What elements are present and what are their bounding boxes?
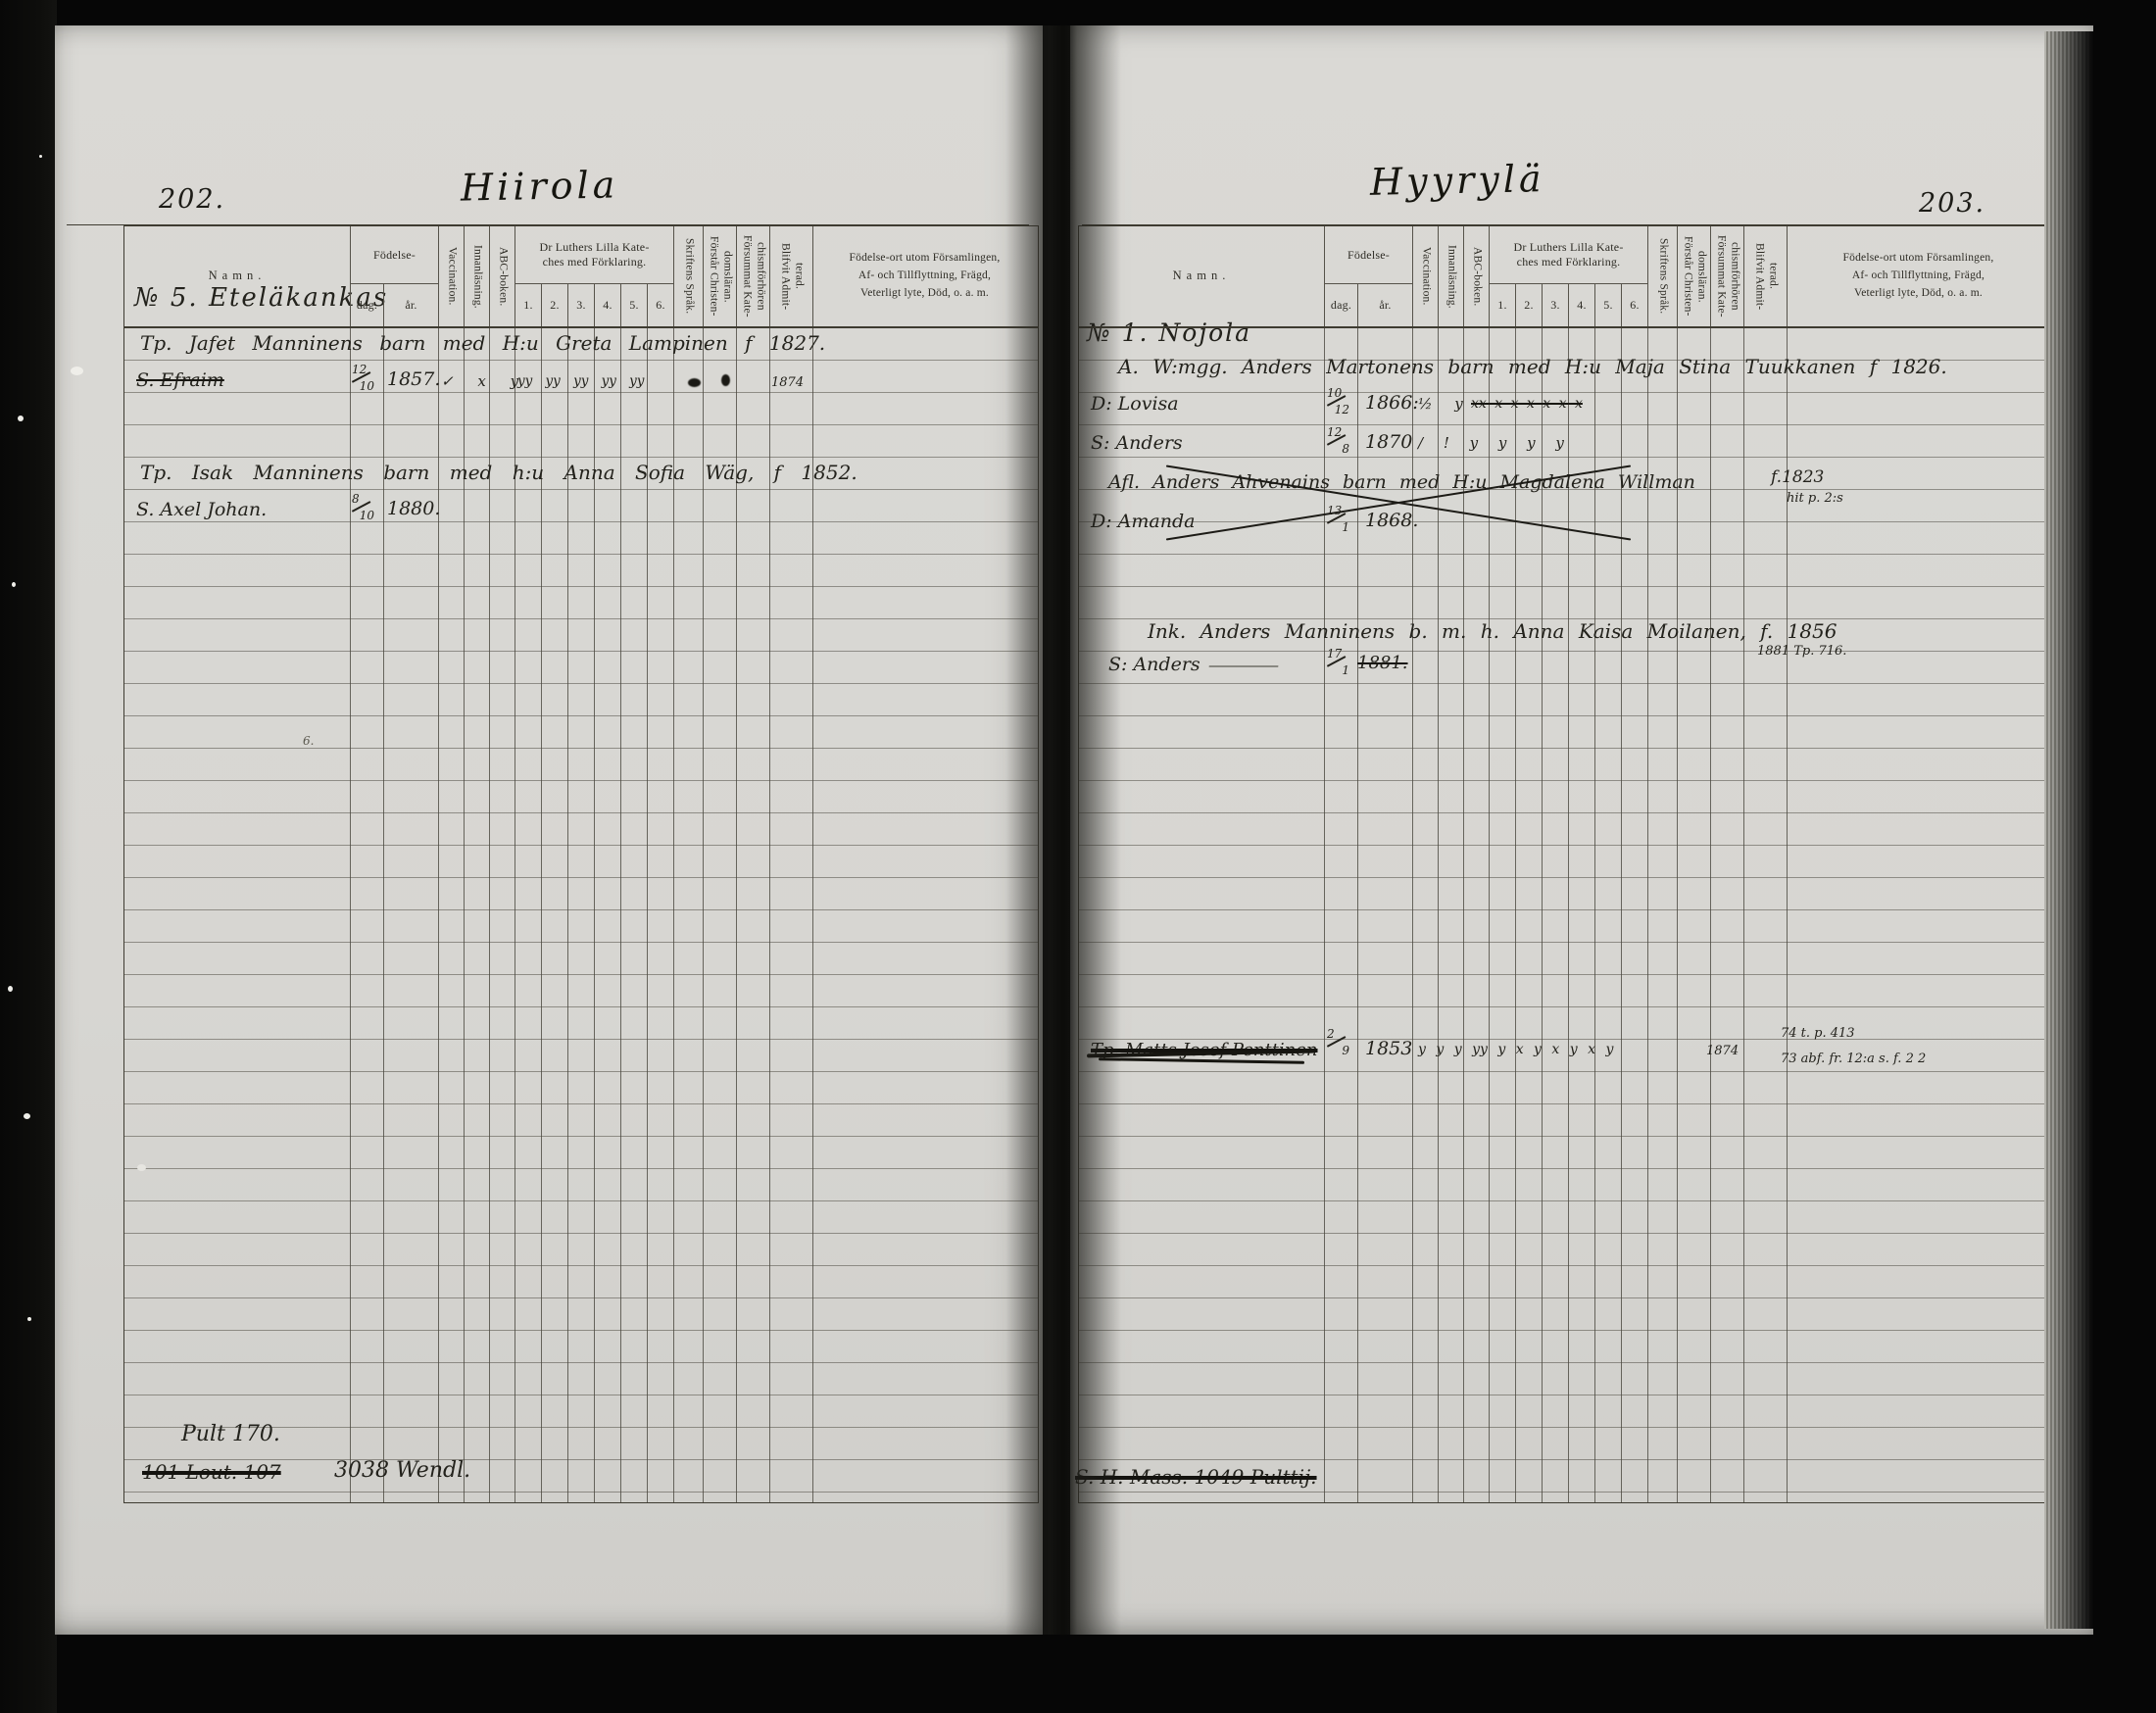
book-left-edge <box>0 0 57 1713</box>
day-numerator: 10 <box>1327 386 1342 400</box>
exam-marks: ✓ x y <box>441 372 528 390</box>
margin-note: 1881 Tp. 716. <box>1757 644 1846 659</box>
col-subheader-k2: 2. <box>541 283 567 326</box>
col-header-forsummat-katechismforhoren: Försummat Kate- chismförhören <box>736 226 769 326</box>
footer-note: Pult 170. <box>181 1422 280 1446</box>
column-rule <box>594 328 620 1502</box>
col-header-namn: Namn. <box>124 226 350 326</box>
exam-marks: yy yy yy yy yy <box>517 373 644 389</box>
child-name: S: Anders <box>1091 432 1183 454</box>
column-rule <box>489 328 514 1502</box>
margin-note: 73 abf. fr. 12:a s. f. 2 2 <box>1781 1052 1926 1066</box>
table-header: Namn. Födelse- dag. år. Vaccination. Inn… <box>124 226 1038 328</box>
col-header-skriftens-sprak: Skriftens Språk. <box>673 226 703 326</box>
family-entry-line: Ink. Anders Manninens b. m. h. Anna Kais… <box>1148 619 1837 643</box>
birth-day: 1012 <box>1328 389 1346 413</box>
col-subheader-k4: 4. <box>1568 283 1594 326</box>
born-note: f.1823 <box>1771 467 1824 487</box>
col-subheader-ar: år. <box>383 283 438 326</box>
page-title: Hiirola <box>461 163 619 209</box>
margin-note: 74 t. p. 413 <box>1781 1026 1855 1041</box>
col-subheader-k3: 3. <box>567 283 594 326</box>
month-denominator: 12 <box>1335 403 1349 416</box>
table-header: Namn. Födelse- dag. år. Vaccination. Inn… <box>1079 226 2051 328</box>
page-number: 203. <box>1919 188 1985 219</box>
family-entry-line: Tp. Isak Manninens barn med h:u Anna Sof… <box>140 461 857 484</box>
admitted-year: 1874 <box>1706 1044 1739 1058</box>
dust-speck <box>27 1317 31 1321</box>
column-rule <box>647 328 673 1502</box>
column-rule <box>1710 328 1743 1502</box>
page-edge-stack <box>2044 31 2093 1629</box>
dust-speck <box>71 367 83 375</box>
child-name: S. Axel Johan. <box>136 499 267 520</box>
column-rule <box>1743 328 1787 1502</box>
footer-note-struck: S. H. Mass. 1049 Pulttij. <box>1075 1465 1317 1489</box>
stray-mark: 6. <box>303 734 314 748</box>
birth-year: 1857. <box>387 368 440 390</box>
day-numerator: 12 <box>352 363 367 376</box>
col-subheader-k3: 3. <box>1542 283 1568 326</box>
birth-year: 1870 <box>1365 431 1412 453</box>
ledger-table: Namn. Födelse- dag. år. Vaccination. Inn… <box>1078 225 2052 1503</box>
month-denominator: 1 <box>1342 663 1349 677</box>
col-header-fodelseort: Födelse-ort utom Församlingen, Af- och T… <box>812 226 1036 326</box>
child-name: S: Anders <box>1108 654 1200 675</box>
child-name: D: Lovisa <box>1091 393 1179 415</box>
column-rule <box>703 328 736 1502</box>
col-subheader-k5: 5. <box>1594 283 1621 326</box>
column-rule <box>736 328 769 1502</box>
col-header-forsummat-katechismforhoren: Försummat Kate- chismförhören <box>1710 226 1743 326</box>
column-rule <box>673 328 703 1502</box>
day-numerator: 17 <box>1327 647 1342 661</box>
exam-marks: / ! y y y y <box>1418 434 1572 452</box>
column-rule <box>812 328 1036 1502</box>
dust-speck <box>137 1164 146 1171</box>
footer-note-struck: 101 Lout. 107 <box>142 1460 281 1484</box>
column-rule <box>1677 328 1710 1502</box>
birth-year: 1866: <box>1365 392 1419 414</box>
child-name: S. Efraim <box>136 369 224 391</box>
day-numerator: 12 <box>1327 425 1342 439</box>
col-header-fodelseort: Födelse-ort utom Församlingen, Af- och T… <box>1787 226 2049 326</box>
table-body: № 1. Nojola A. W:mgg. Anders Martonens b… <box>1079 328 2051 1502</box>
ledger-page-left: 202. Hiirola Namn. Födelse- dag. år. Vac… <box>55 25 1043 1635</box>
column-rule <box>438 328 464 1502</box>
col-subheader-k6: 6. <box>647 283 673 326</box>
day-numerator: 2 <box>1327 1027 1335 1041</box>
birth-year-struck: 1881. <box>1357 653 1408 673</box>
month-denominator: 8 <box>1342 442 1349 456</box>
col-header-blifvit-admitterad: Blifvit Admit- terad. <box>769 226 812 326</box>
column-rule <box>464 328 489 1502</box>
dust-speck <box>8 986 13 992</box>
margin-note: hit p. 2:s <box>1787 491 1843 506</box>
col-header-forstar-christendomslaran: Förstår Christen- domsläran. <box>1677 226 1710 326</box>
entry-cross-out <box>1163 460 1634 544</box>
col-subheader-k1: 1. <box>514 283 541 326</box>
family-entry-line: A. W:mgg. Anders Martonens barn med H:u … <box>1118 355 1947 378</box>
scanned-parish-register: { "columns": { "namn": "Namn.", "fodelse… <box>0 0 2156 1713</box>
column-rule <box>541 328 567 1502</box>
column-rule <box>769 328 812 1502</box>
exam-marks-struck: xx x x x x x x <box>1471 396 1583 412</box>
ledger-page-right: 203. Hyyrylä Namn. Födelse- dag. år. Vac… <box>1070 25 2093 1635</box>
birth-day: 1210 <box>353 366 370 389</box>
column-rule <box>1647 328 1677 1502</box>
col-subheader-k6: 6. <box>1621 283 1647 326</box>
month-denominator: 10 <box>360 509 374 522</box>
col-header-fodelse: Födelse- <box>350 226 438 283</box>
family-entry-line: Tp. Jafet Manninens barn med H:u Greta L… <box>140 331 825 355</box>
col-subheader-dag: dag. <box>1324 283 1357 326</box>
col-subheader-k1: 1. <box>1489 283 1515 326</box>
col-header-vaccination: Vaccination. <box>438 226 464 326</box>
col-header-namn: Namn. <box>1079 226 1324 326</box>
column-rule <box>567 328 594 1502</box>
birth-day: 128 <box>1328 428 1346 452</box>
col-header-innanlasning: Innanläsning. <box>464 226 489 326</box>
footer-note: 3038 Wendl. <box>334 1458 470 1483</box>
col-header-fodelse: Födelse- <box>1324 226 1412 283</box>
col-subheader-dag: dag. <box>350 283 383 326</box>
col-header-vaccination: Vaccination. <box>1412 226 1438 326</box>
ledger-table: Namn. Födelse- dag. år. Vaccination. Inn… <box>123 225 1039 1503</box>
birth-year: 1880. <box>387 498 440 519</box>
col-header-abc-boken: ABC-boken. <box>489 226 514 326</box>
filler-dash: ————— <box>1208 656 1277 674</box>
col-subheader-ar: år. <box>1357 283 1412 326</box>
col-header-skriftens-sprak: Skriftens Språk. <box>1647 226 1677 326</box>
col-header-abc-boken: ABC-boken. <box>1463 226 1489 326</box>
exam-marks: ½ y <box>1418 395 1472 413</box>
col-subheader-k2: 2. <box>1515 283 1542 326</box>
month-denominator: 9 <box>1342 1044 1349 1057</box>
col-subheader-k4: 4. <box>594 283 620 326</box>
col-header-blifvit-admitterad: Blifvit Admit- terad. <box>1743 226 1787 326</box>
col-header-innanlasning: Innanläsning. <box>1438 226 1463 326</box>
admitted-year: 1874 <box>771 375 804 390</box>
ink-blot <box>721 374 730 386</box>
dust-speck <box>18 416 24 421</box>
col-header-kateches: Dr Luthers Lilla Kate- ches med Förklari… <box>1489 226 1647 283</box>
day-numerator: 8 <box>352 492 360 506</box>
dust-speck <box>24 1113 30 1119</box>
page-number: 202. <box>159 184 225 215</box>
column-rule <box>514 328 541 1502</box>
birth-year: 1853 <box>1365 1038 1412 1059</box>
col-subheader-k5: 5. <box>620 283 647 326</box>
col-header-kateches: Dr Luthers Lilla Kate- ches med Förklari… <box>514 226 673 283</box>
ink-blot <box>688 378 701 387</box>
birth-day: 29 <box>1328 1030 1346 1053</box>
dust-speck <box>12 582 16 587</box>
dust-speck <box>39 155 42 158</box>
birth-day-struck: 171 <box>1328 650 1346 673</box>
page-title: Hyyrylä <box>1370 157 1545 204</box>
exam-marks: y y y yy y x y x y x y <box>1418 1042 1613 1057</box>
table-body: № 5. Eteläkankas Tp. Jafet Manninens bar… <box>124 328 1038 1502</box>
birth-day: 810 <box>353 495 370 518</box>
column-rule <box>620 328 647 1502</box>
month-denominator: 10 <box>360 379 374 393</box>
col-header-forstar-christendomslaran: Förstår Christen- domsläran. <box>703 226 736 326</box>
